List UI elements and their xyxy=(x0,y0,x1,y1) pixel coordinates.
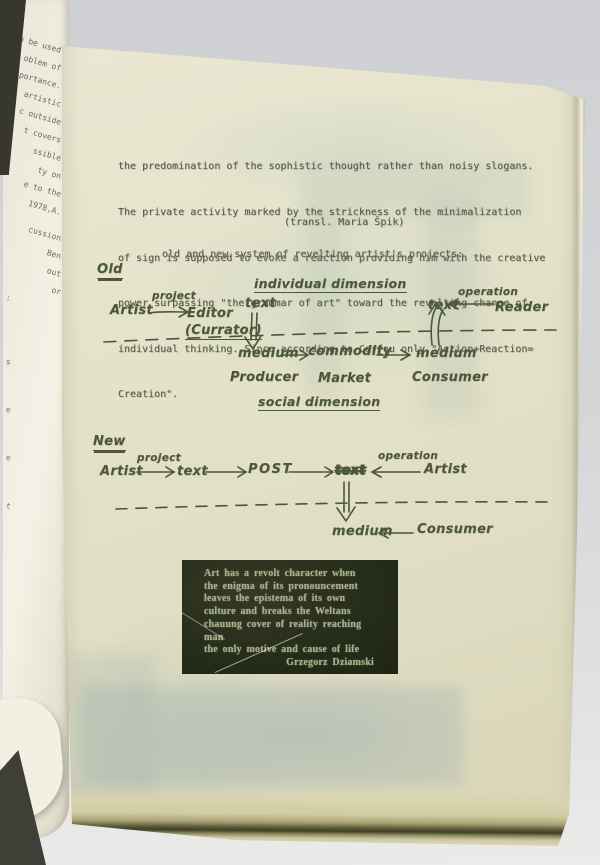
paragraph-line: the predomination of the sophistic thoug… xyxy=(118,159,545,174)
diagram-label-text: text xyxy=(428,298,459,313)
diagram-label-artist: Artist xyxy=(110,303,153,318)
diagram-old-label: Old xyxy=(97,262,123,279)
translation-credit: (transl. Maria Špik) xyxy=(284,217,404,228)
quote-line: Art has a revolt character when xyxy=(204,568,398,581)
quote-line: man xyxy=(204,632,398,645)
diagram-label-reader: Reader xyxy=(495,300,548,315)
page-fore-edge xyxy=(64,788,582,847)
diagram-label-consumer: Consumer xyxy=(417,522,493,537)
quote-credit: Grzegorz Dziamski xyxy=(204,657,398,670)
diagram-label-currator: (Currator) xyxy=(185,323,262,340)
diagram-individual-dimension: individual dimension xyxy=(254,276,407,293)
diagram-label-medium: medium xyxy=(416,346,477,361)
diagram-label-project: project xyxy=(152,290,196,302)
diagram-label-artist: Artist xyxy=(100,464,143,479)
diagram-label-medium: medium xyxy=(238,346,299,361)
diagram-label-project: project xyxy=(137,452,181,464)
diagram-label-text: text xyxy=(245,296,276,311)
diagram-label-market: Market xyxy=(318,371,371,386)
diagram-new-label: New xyxy=(93,434,126,451)
section-heading: old and new system of revelting artist's… xyxy=(162,249,463,260)
diagram-label-artist: Artist xyxy=(424,462,467,477)
quote-stamp-box: Art has a revolt character when the enig… xyxy=(182,560,398,674)
diagram-label-editor: Editor xyxy=(187,306,233,321)
quote-line: chauung cover of reality reaching xyxy=(204,619,398,632)
document-page: the predomination of the sophistic thoug… xyxy=(56,34,588,848)
diagram-social-dimension: social dimension xyxy=(258,394,380,411)
quote-line: leaves the epistema of its own xyxy=(204,593,398,606)
diagram-label-operation: operation xyxy=(378,450,438,462)
quote-line: the only motive and cause of life xyxy=(204,644,398,657)
diagram-label-operation: operation xyxy=(458,286,518,298)
diagram-label-consumer: Consumer xyxy=(412,370,488,385)
book-photo: to be used oblem of portance. artistic c… xyxy=(0,0,600,865)
quote-line: the enigma of its pronouncement xyxy=(204,581,398,594)
diagram-label-text: text xyxy=(177,464,208,479)
diagram-label-text-crossed: text xyxy=(335,463,366,478)
diagram-label-post: POST xyxy=(248,462,293,477)
quote-line: culture and breaks the Weltans xyxy=(204,606,398,619)
diagram-label-producer: Producer xyxy=(230,370,298,385)
diagram-label-medium: medium xyxy=(332,524,393,539)
showthrough-ghost xyxy=(80,686,462,786)
diagram-label-commodity: commodity xyxy=(308,344,392,359)
